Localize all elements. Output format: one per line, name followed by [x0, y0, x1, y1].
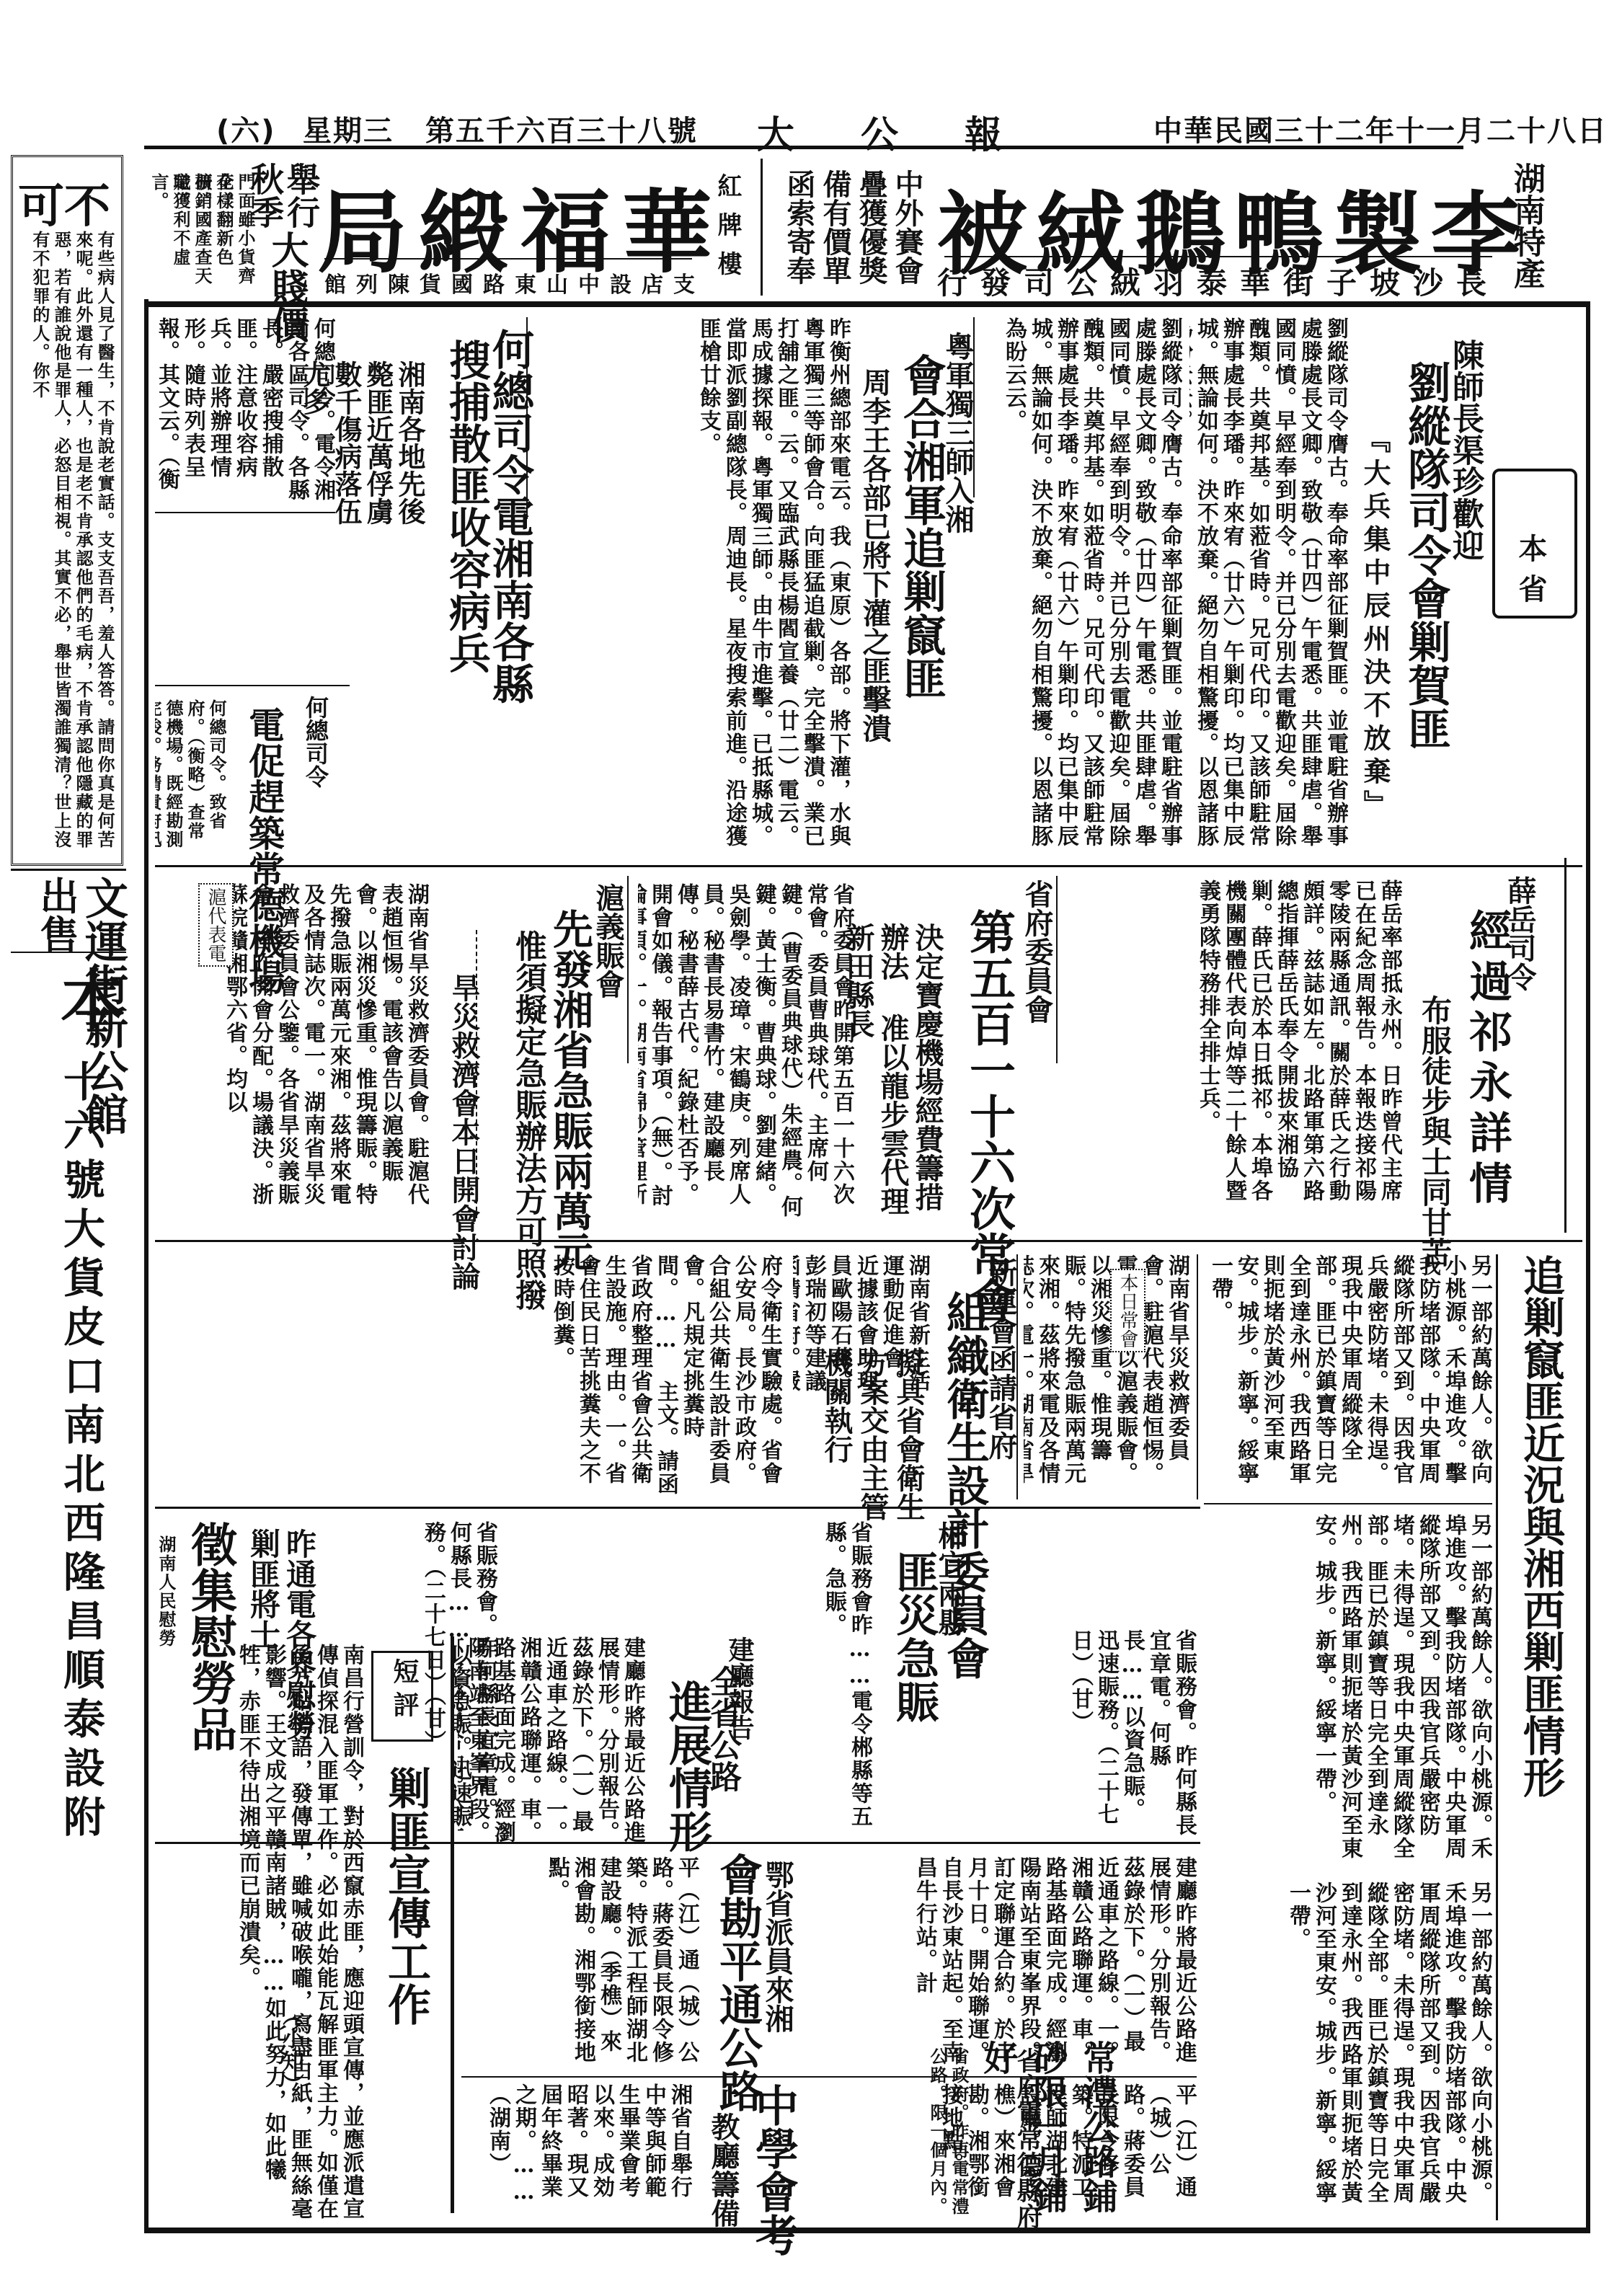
a9-body: 湖南省新生活運動促進會。近據該會助理員歐陽石蓀。彭瑞初等建議函請省府。嚴切整理省… — [793, 1254, 930, 1413]
a7-body: 湖南省旱災救濟委員會。駐滬代表趙恒惕。電該會告以滬義賑會。以湘災慘重。惟現籌賑。… — [155, 883, 429, 1222]
a3-subhead: 搜捕散匪收容病兵 — [436, 339, 497, 673]
a9-prev-body: 湖南省旱災救濟委員會。駐滬代表趙恒惕。電該會告以滬義賑會。以湘災慘重。惟現籌賑。… — [1024, 1254, 1189, 1499]
a1-body: 劉縱隊司令膺古。奉命率部征剿賀匪。並電駐省辦事處滕處長文卿。致敬（廿四）午電悉。… — [1189, 317, 1348, 851]
a16-body-upper: 另一部約萬餘人。欲向小桃源。禾埠進攻。擊我防堵部隊。中央軍周縱隊所部又到。因我官… — [1204, 1881, 1492, 2220]
masthead-date: 中華民國三十二年十一月二十八日 — [1153, 108, 1608, 149]
row2-inner-rule — [1564, 858, 1566, 1233]
row1-rule — [155, 685, 350, 686]
a4-body: 何總司令。致省府。（衡略）查常德機場。既經勘測完竣。務請貴府迅飭該 — [155, 699, 227, 851]
a8-body: 另一部約萬餘人。欲向小桃源。禾埠進攻。擊我防堵部隊。中央軍周縱隊所部又到。因我官… — [1204, 1254, 1492, 1492]
ad-quilt-note-3: 備有價單 — [815, 169, 856, 285]
row2-rule — [155, 865, 1582, 867]
ad-silk-note-4: 定獲利不虛言。 — [148, 173, 191, 296]
main-top-rule — [144, 301, 1586, 307]
a13-subhead: 建廳報告 — [721, 1636, 758, 1740]
a6-kicker: 省府委員會 — [1016, 879, 1058, 1024]
ad-quilt-note-4: 函索寄奉 — [779, 169, 820, 285]
local-news-label: 本省 — [1510, 533, 1551, 614]
editorial-headline: 剿匪宣傳工作 — [375, 1766, 437, 2026]
a11-kicker: 湖南人民慰勞 — [155, 1535, 177, 1648]
left-strip-divider-1 — [11, 869, 126, 871]
a9-divider — [1197, 1254, 1198, 1499]
ad-quilt-address: 長沙坡子街華泰羽絨公司發行 — [937, 260, 1499, 303]
a16-body: 省政府。昨再電常澧公路。限一個月內。將全路鋪砂。以便軍運。 — [926, 2047, 970, 2220]
main-bottom-rule — [144, 2228, 1590, 2233]
a5-subhead: 布服徒步與士同甘苦 — [1413, 995, 1456, 1267]
masthead-weekday: 星期三 — [303, 108, 394, 149]
a14-body-right: 建廳昨將最近公路進展情形。分別報告。茲錄於下。（一）最近通車之路線。一。湘贛公路… — [800, 1856, 1197, 2065]
a8-inner-rule — [1204, 1503, 1492, 1504]
ad-left-bottom-mark: 本 — [40, 966, 133, 1031]
ad-quilt-divider — [944, 256, 1492, 257]
a2-headline: 會合湘軍追剿竄匪 — [890, 353, 952, 699]
a2-body: 昨衡州總部來電云。我（東原）各部。將下灌，水與粵軍獨三等師會合。向匪猛追截剿。完… — [663, 317, 851, 851]
left-strip-divider-2 — [11, 952, 126, 953]
a7-tagline: 旱災救濟會本日開會討論 — [443, 973, 484, 1290]
a7-box-label: 滬代表電 — [198, 883, 234, 967]
a13-left-rule — [451, 1636, 454, 2213]
row3-rule — [155, 1240, 1582, 1242]
row4-rule — [155, 1507, 1200, 1509]
page-left-border — [144, 299, 149, 2231]
a2-subhead: 周李王各部已將下灌之匪擊潰 — [854, 368, 895, 743]
a15-body: 湘省自舉行中等與師範生畢業會考以來。成効昭著。現又屆年終畢業之期。……（湖南） — [461, 2083, 692, 2220]
a16-headline: 常澧公路鋪砂限一月鋪好 — [973, 2040, 1122, 2220]
a13-headline: 進展情形 — [656, 1680, 718, 1853]
a15-kicker: 教廳籌備 — [703, 2112, 744, 2228]
a2-body-right: 劉縱隊司令膺古。奉命率部征剿賀匪。並電駐省辦事處滕處長文卿。致敬（廿四）午電悉。… — [980, 317, 1182, 851]
a6-body: 省府委員會昨開第五百一十六次常會。委員曹典球代。主席何鍵。（曹委員典球代）朱經農… — [638, 883, 854, 1222]
a9-box-label: 本日常會 — [1110, 1269, 1145, 1352]
a1-headline: 劉縱隊司令會剿賀匪 — [1395, 360, 1457, 750]
a10-body: 府令衛生實驗處。省會公安局。長沙市政府。合組公共衛生設計委員會。凡規定挑糞時間。… — [155, 1254, 782, 1499]
a13-prev-body: 省賑務會。昨何縣長宜章電。何縣長……以資急賑。迅速賑務。（二十七日）（甘） — [757, 1629, 1197, 1838]
ad-divider — [761, 159, 763, 296]
a6-subhead: 決定寶慶機場經費籌措辦法 准以龍步雲代理新田縣長 — [865, 923, 944, 1225]
editorial-body: 南昌行營訓令，對於西竄赤匪，應迎頭宣傳，並應派遣宣傳偵探混入匪軍工作。必如此始能… — [155, 1644, 364, 2220]
a3-tagline: 湘南各地先後斃匪近萬俘虜數千傷病落伍尤多 — [346, 360, 425, 533]
a5-body: 薛岳率部抵永州。日昨曾代主席已在紀念周報告。本報迭接祁陽零陵兩縣通訊。關於薛氏之… — [1063, 879, 1402, 1218]
ad-quilt-note-1: 中外賽會 — [887, 169, 928, 285]
masthead-title: 大 公 報 — [757, 105, 1016, 159]
ad-quilt-note-2: 疊獲優獎 — [851, 169, 892, 285]
masthead-page: (六) — [216, 108, 276, 149]
ad-left-bottom-title: 十六號大貨皮口南北西隆昌順泰設附 — [50, 1060, 111, 2242]
a7-subhead: 惟須擬定急賑辦法方可照撥 — [505, 930, 551, 1311]
a1-subhead: 『大兵集中辰州決不放棄』 — [1355, 425, 1395, 823]
main-right-rule — [1586, 301, 1590, 2233]
a4-kicker: 何總司令 — [299, 696, 332, 788]
ad-silk-address: 支店設中山東路國貨陳列館 — [324, 267, 705, 298]
masthead-issue: 第五千六百三十八號 — [425, 108, 698, 149]
a8-body-2: 另一部約萬餘人。欲向小桃源。禾埠進攻。擊我防堵部隊。中央軍周縱隊所部又到。因我官… — [1204, 1514, 1492, 1874]
a8-headline: 追剿竄匪近況與湘西剿匪情形 — [1510, 1254, 1571, 2220]
ad-left-top-text: 有些病人見了醫生，不肯說老實話。支支吾吾，羞人答答。請問你真是何苦來呢。此外還有… — [18, 231, 115, 851]
a14-headline: 會勘平通公路 — [706, 1853, 768, 2112]
ad-left-top-title: 不可 — [18, 169, 110, 236]
a3-body: 何總司令。電令湘南各區司令。各縣長。嚴密搜捕散匪。注意收容病兵。並將辦理情形。隨… — [155, 317, 335, 505]
a15-headline: 中學會考 — [743, 2083, 805, 2256]
a14-body: 平（江）通（城）公路。蔣委員長限令修築。特派工程師湖北建設廳。（季樵）來湘會勘。… — [461, 1856, 699, 2065]
editorial-label: 短評 — [386, 1658, 422, 1724]
a13-body: 建廳昨將最近公路進展情形。分別報告。茲錄於下。（一）最近通車之路線。一。湘贛公路… — [458, 1636, 645, 1845]
ad-left-mid-subtitle: 出售 — [29, 876, 84, 954]
a5-headline: 經過祁永詳情 — [1456, 908, 1518, 1211]
masthead-rule — [144, 146, 1463, 149]
a3-bottom-rule — [155, 512, 335, 513]
a8-side-rule — [1496, 1254, 1498, 2220]
ad-silk-divider — [324, 258, 692, 260]
